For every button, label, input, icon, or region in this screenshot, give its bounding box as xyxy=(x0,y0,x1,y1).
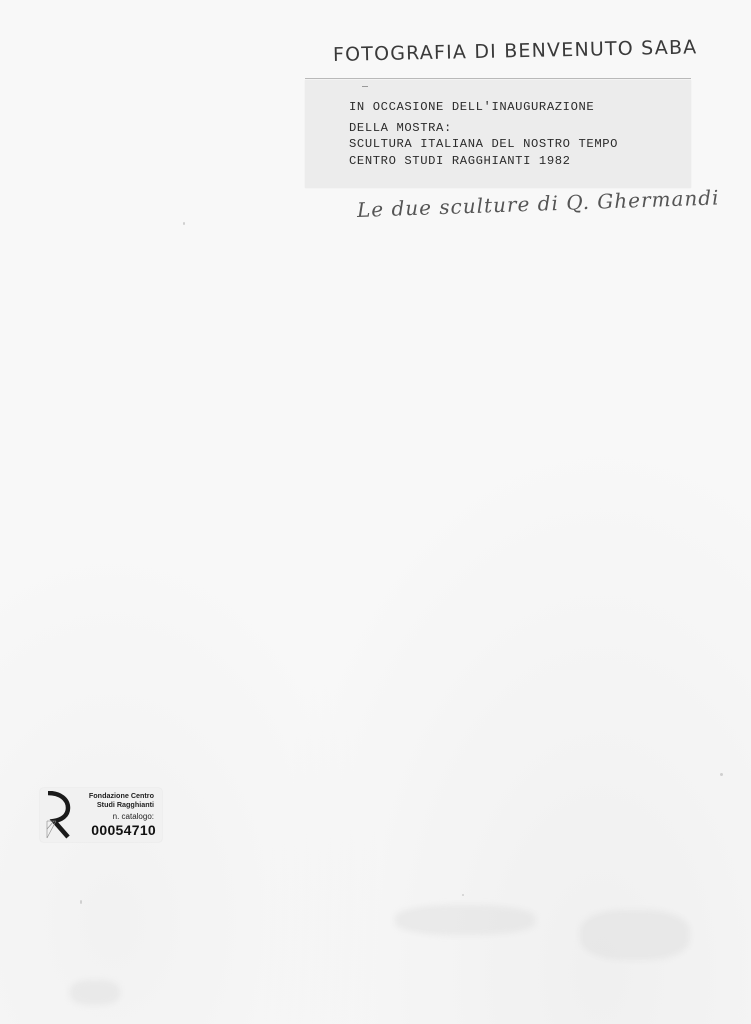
scan-smudge xyxy=(580,910,690,960)
typed-label-line: CENTRO STUDI RAGGHIANTI 1982 xyxy=(349,154,571,168)
ink-mark xyxy=(362,86,368,87)
scan-smudge xyxy=(70,980,120,1005)
catalog-sticker: Fondazione Centro Studi Ragghianti n. ca… xyxy=(40,788,162,842)
sticker-organization: Fondazione Centro Studi Ragghianti xyxy=(74,791,154,809)
fondazione-ragghianti-r-logo-icon xyxy=(44,791,72,839)
scan-speck xyxy=(80,900,82,904)
divider-line xyxy=(305,78,691,79)
typed-label-line: IN OCCASIONE DELL'INAUGURAZIONE xyxy=(349,100,594,114)
handwritten-photographer-credit: FOTOGRAFIA DI BENVENUTO SABA xyxy=(333,36,698,66)
scan-speck xyxy=(720,773,723,776)
typed-label-line: DELLA MOSTRA: xyxy=(349,121,452,135)
scan-speck xyxy=(183,222,185,225)
scan-smudge xyxy=(395,905,535,935)
typed-exhibition-label: IN OCCASIONE DELL'INAUGURAZIONE DELLA MO… xyxy=(305,80,691,188)
scan-speck xyxy=(462,894,464,896)
handwritten-caption-note: Le due sculture di Q. Ghermandi xyxy=(357,185,720,222)
catalog-label: n. catalogo: xyxy=(113,812,154,821)
organization-line-2: Studi Ragghianti xyxy=(74,800,154,809)
typed-label-line: SCULTURA ITALIANA DEL NOSTRO TEMPO xyxy=(349,137,618,151)
catalog-number: 00054710 xyxy=(91,822,156,838)
photo-verso-page: FOTOGRAFIA DI BENVENUTO SABA IN OCCASION… xyxy=(0,0,751,1024)
organization-line-1: Fondazione Centro xyxy=(74,791,154,800)
